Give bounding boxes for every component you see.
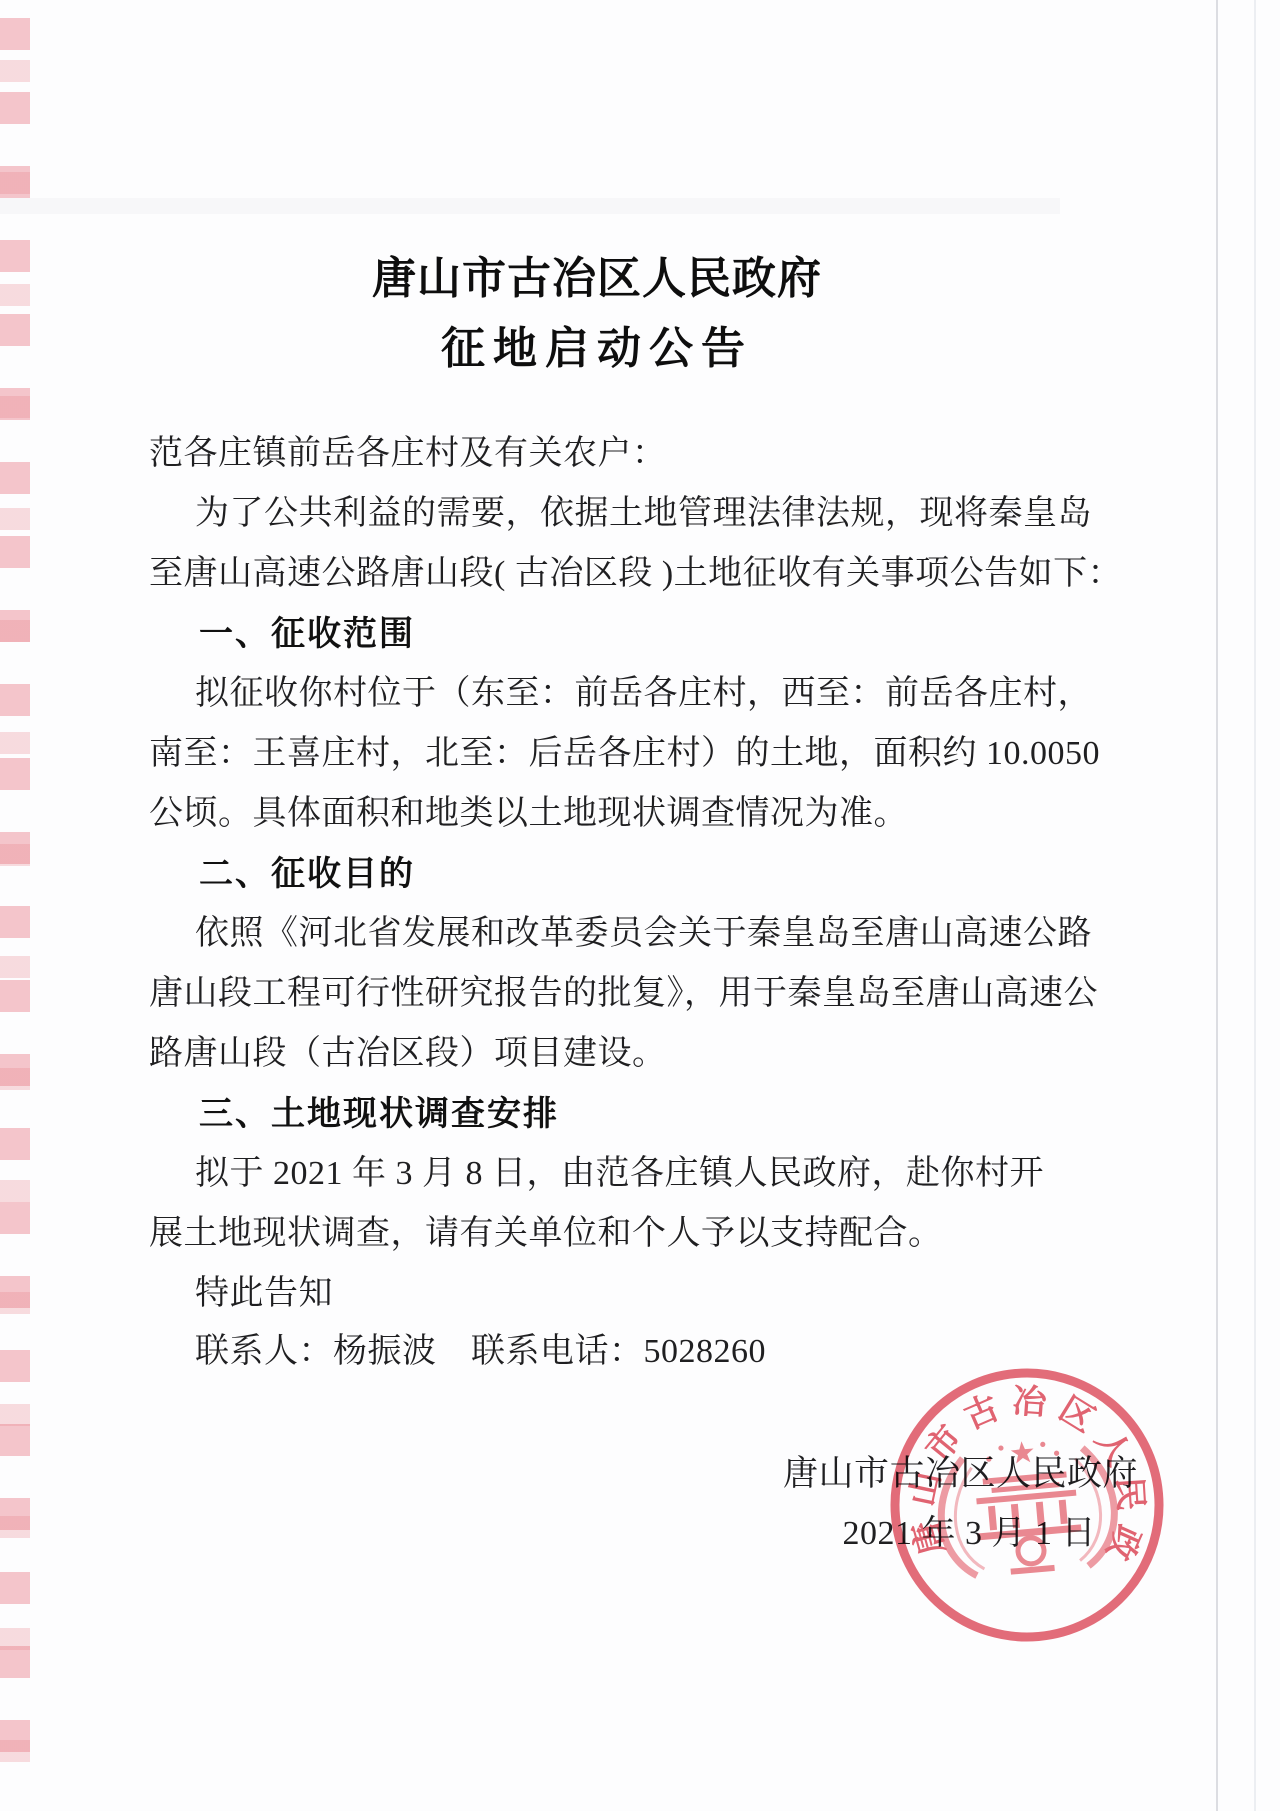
- scanned-announcement-page: 唐山市古冶区人民政府 征地启动公告 范各庄镇前岳各庄村及有关农户： 为了公共利益…: [0, 0, 1280, 1811]
- scan-artifact-band: [0, 198, 1060, 214]
- signature-org: 唐山市古冶区人民政府: [0, 1446, 1138, 1496]
- section1-line1: 拟征收你村位于（东至：前岳各庄村，西至：前岳各庄村，: [149, 674, 1175, 718]
- salutation: 范各庄镇前岳各庄村及有关农户：: [149, 434, 1129, 478]
- intro-line-2: 至唐山高速公路唐山段( 古冶区段 )土地征收有关事项公告如下：: [149, 554, 1129, 598]
- section1-line2: 南至：王喜庄村，北至：后岳各庄村）的土地，面积约 10.0050: [149, 734, 1129, 778]
- section1-heading: 一、征收范围: [149, 614, 1179, 658]
- document-title-line2: 征地启动公告: [0, 312, 1194, 376]
- document-title-line1: 唐山市古冶区人民政府: [0, 242, 1194, 306]
- intro-line-1: 为了公共利益的需要，依据土地管理法律法规，现将秦皇岛: [149, 494, 1175, 538]
- signature-date: 2021 年 3 月 1 日: [0, 1505, 1096, 1554]
- scan-artifact-vertical-line-faint: [1254, 0, 1256, 1811]
- section3-line2: 展土地现状调查，请有关单位和个人予以支持配合。: [149, 1214, 1129, 1258]
- section1-line3: 公顷。具体面积和地类以土地现状调查情况为准。: [149, 794, 1129, 838]
- section2-line3: 路唐山段（古冶区段）项目建设。: [149, 1034, 1129, 1078]
- section3-heading: 三、土地现状调查安排: [149, 1094, 1179, 1138]
- scan-artifact-vertical-line: [1216, 0, 1218, 1811]
- section3-line1: 拟于 2021 年 3 月 8 日，由范各庄镇人民政府，赴你村开: [149, 1154, 1175, 1198]
- section2-heading: 二、征收目的: [149, 854, 1179, 898]
- closing-line: 特此告知: [149, 1274, 1175, 1318]
- contact-line: 联系人：杨振波 联系电话：5028260: [149, 1332, 1175, 1376]
- section2-line1: 依照《河北省发展和改革委员会关于秦皇岛至唐山高速公路: [149, 914, 1175, 958]
- section2-line2: 唐山段工程可行性研究报告的批复》，用于秦皇岛至唐山高速公: [149, 974, 1129, 1018]
